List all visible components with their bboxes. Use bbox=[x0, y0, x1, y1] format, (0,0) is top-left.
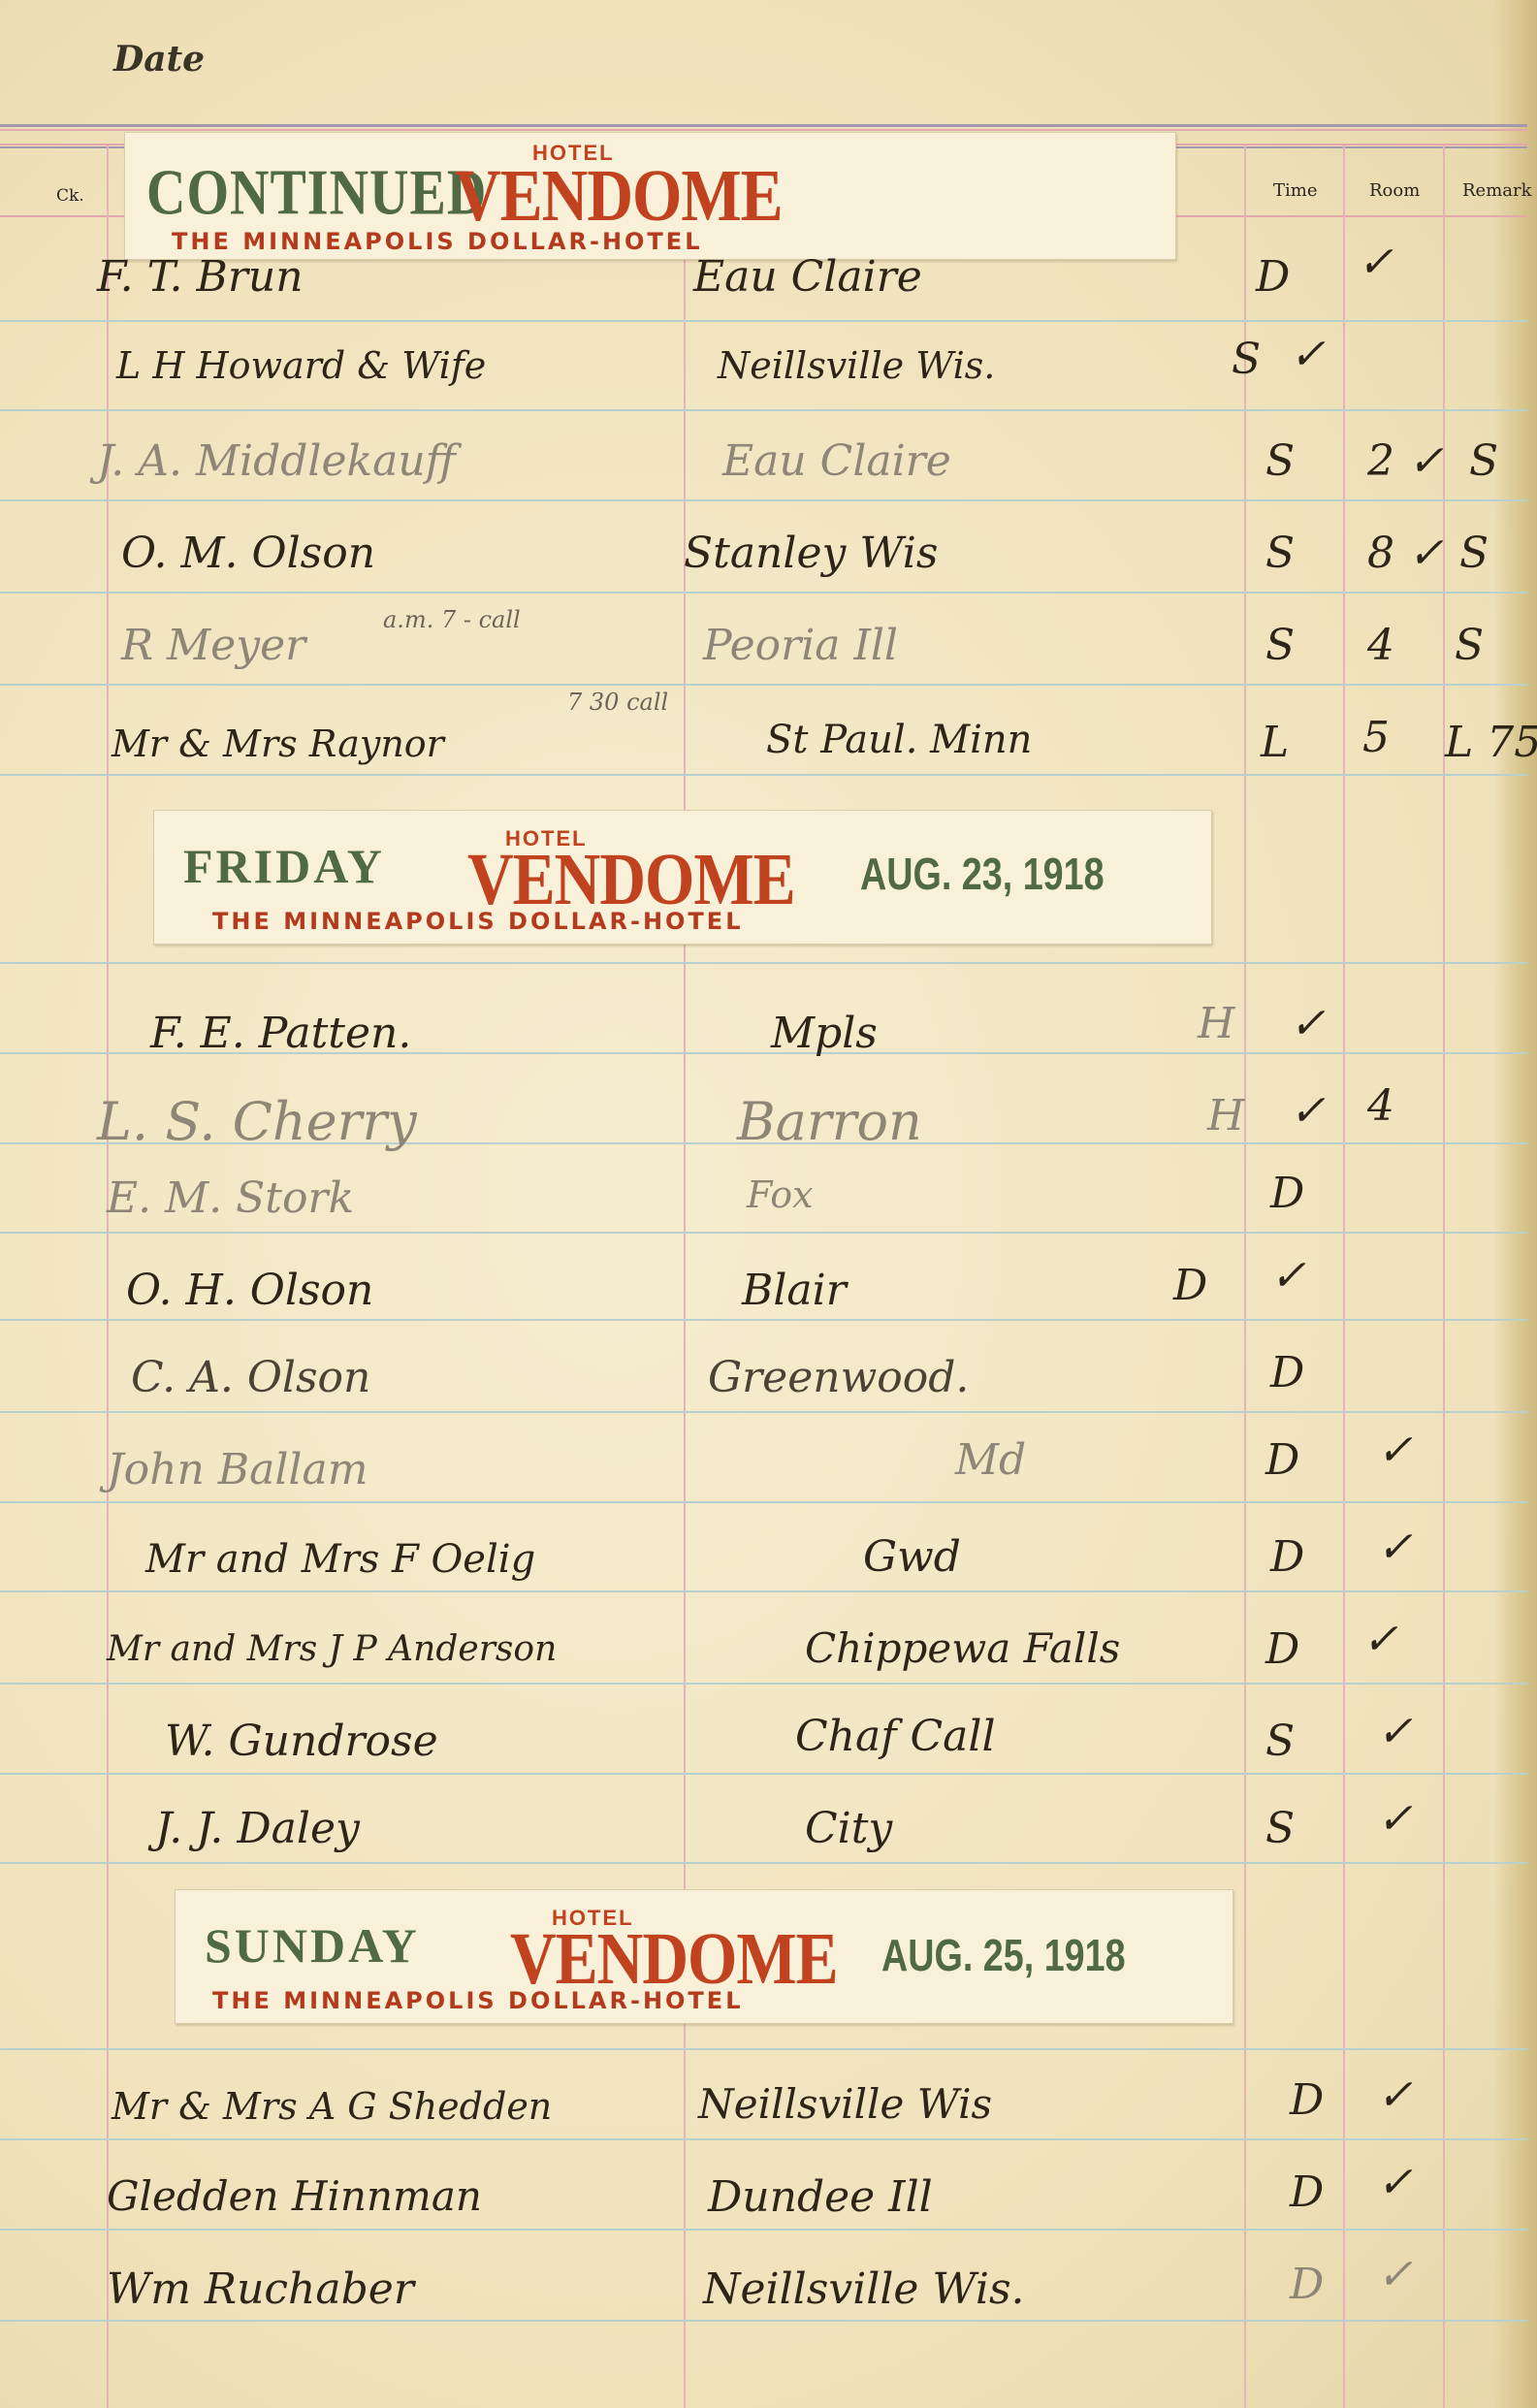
wake-call-note: 7 30 call bbox=[567, 689, 668, 716]
guest-name: E. M. Stork bbox=[107, 1173, 354, 1223]
banner-tagline: THE MINNEAPOLIS DOLLAR-HOTEL bbox=[212, 908, 744, 935]
check-mark-icon: ✓ bbox=[1290, 1086, 1326, 1136]
banner-sunday: SUNDAY HOTEL VENDOME AUG. 25, 1918 THE M… bbox=[175, 1889, 1233, 2024]
banner-day: FRIDAY bbox=[183, 838, 385, 894]
ruled-line bbox=[0, 962, 1527, 964]
guest-time: L bbox=[1261, 718, 1289, 767]
ruled-line bbox=[0, 320, 1527, 322]
check-mark-icon: ✓ bbox=[1377, 2071, 1413, 2120]
column-header-room: Room bbox=[1369, 180, 1420, 201]
guest-time: S bbox=[1232, 335, 1261, 384]
guest-name: Gledden Hinnman bbox=[107, 2172, 482, 2220]
guest-name: F. E. Patten. bbox=[150, 1009, 411, 1058]
guest-time: S bbox=[1265, 1717, 1295, 1766]
ruled-line bbox=[0, 2229, 1527, 2231]
ruled-line bbox=[0, 2048, 1527, 2050]
check-mark-icon: ✓ bbox=[1377, 2158, 1413, 2207]
guest-residence: Barron bbox=[737, 1091, 922, 1152]
guest-name: W. Gundrose bbox=[165, 1717, 438, 1766]
residence-column-line bbox=[684, 145, 686, 2408]
check-mark-icon: ✓ bbox=[1362, 1615, 1398, 1664]
guest-residence: Neillsville Wis. bbox=[703, 2264, 1025, 2314]
header-rule-pink bbox=[0, 129, 1527, 131]
guest-name: Wm Ruchaber bbox=[107, 2264, 414, 2314]
guest-time: D bbox=[1270, 1532, 1304, 1582]
check-mark-icon: ✓ bbox=[1377, 2250, 1413, 2299]
guest-residence: City bbox=[805, 1804, 892, 1853]
time-column-line bbox=[1244, 145, 1246, 2408]
room-column-line bbox=[1343, 145, 1345, 2408]
guest-residence: St Paul. Minn bbox=[766, 718, 1032, 762]
guest-name: J. J. Daley bbox=[155, 1804, 360, 1853]
guest-time: D bbox=[1290, 2167, 1324, 2217]
guest-time: S bbox=[1265, 436, 1295, 486]
guest-remark: S bbox=[1459, 529, 1489, 578]
guest-time: S bbox=[1265, 529, 1295, 578]
guest-room: 8 ✓ bbox=[1367, 529, 1444, 578]
guest-residence: Mpls bbox=[771, 1009, 878, 1058]
ruled-line bbox=[0, 1773, 1527, 1775]
ruled-line bbox=[0, 409, 1527, 411]
guest-name: J. A. Middlekauff bbox=[97, 436, 456, 486]
guest-remark: L 75 bbox=[1445, 718, 1537, 767]
guest-time: D bbox=[1265, 1624, 1299, 1674]
banner-friday: FRIDAY HOTEL VENDOME AUG. 23, 1918 THE M… bbox=[153, 810, 1212, 945]
ruled-line bbox=[0, 1590, 1527, 1592]
guest-time: D bbox=[1256, 252, 1290, 302]
ruled-line bbox=[0, 1501, 1527, 1503]
guest-residence: Fox bbox=[747, 1173, 814, 1216]
guest-residence: Chaf Call bbox=[795, 1712, 996, 1761]
banner-day: CONTINUED bbox=[146, 156, 487, 231]
check-mark-icon: ✓ bbox=[1290, 999, 1326, 1048]
ruled-line bbox=[0, 1862, 1527, 1864]
guest-time: H bbox=[1207, 1091, 1244, 1140]
ruled-line bbox=[0, 499, 1527, 501]
banner-tagline: THE MINNEAPOLIS DOLLAR-HOTEL bbox=[172, 228, 703, 255]
check-mark-icon: ✓ bbox=[1358, 238, 1393, 287]
guest-time: D bbox=[1290, 2260, 1324, 2309]
check-mark-icon: ✓ bbox=[1270, 1251, 1306, 1300]
ruled-line bbox=[0, 592, 1527, 594]
banner-date: AUG. 25, 1918 bbox=[881, 1929, 1126, 1981]
header-rule bbox=[0, 124, 1527, 127]
date-label: Date bbox=[113, 39, 205, 80]
wake-call-note: a.m. 7 - call bbox=[383, 606, 521, 633]
guest-name: Mr and Mrs J P Anderson bbox=[107, 1629, 557, 1669]
guest-time: D bbox=[1270, 1169, 1304, 1218]
guest-time: S bbox=[1265, 1804, 1295, 1853]
guest-remark: S bbox=[1455, 621, 1484, 670]
guest-residence: Neillsville Wis. bbox=[718, 344, 995, 387]
page-edge-shadow bbox=[1493, 0, 1537, 2408]
guest-time: S bbox=[1265, 621, 1295, 670]
ruled-line bbox=[0, 1411, 1527, 1413]
guest-residence: Greenwood. bbox=[708, 1353, 969, 1402]
guest-time: D bbox=[1265, 1435, 1299, 1485]
check-mark-icon: ✓ bbox=[1290, 330, 1326, 379]
guest-name: O. H. Olson bbox=[126, 1266, 373, 1315]
guest-room: 4 bbox=[1367, 621, 1394, 670]
guest-name: C. A. Olson bbox=[131, 1353, 370, 1402]
column-header-remark: Remark bbox=[1462, 180, 1532, 201]
ruled-line bbox=[0, 1683, 1527, 1685]
guest-residence: Neillsville Wis bbox=[698, 2080, 992, 2128]
guest-time: H bbox=[1198, 999, 1234, 1048]
guest-name: Mr & Mrs A G Shedden bbox=[112, 2085, 552, 2128]
guest-name: L H Howard & Wife bbox=[116, 344, 486, 387]
guest-name: Mr & Mrs Raynor bbox=[112, 722, 444, 765]
check-mark-icon: ✓ bbox=[1377, 1523, 1413, 1572]
banner-day: SUNDAY bbox=[205, 1917, 420, 1974]
column-header-time: Time bbox=[1273, 180, 1317, 201]
banner-hotel-name: VENDOME bbox=[455, 154, 783, 239]
guest-residence: Stanley Wis bbox=[684, 529, 938, 578]
guest-name: R Meyer bbox=[121, 621, 305, 670]
guest-name: L. S. Cherry bbox=[97, 1091, 417, 1152]
ruled-line bbox=[0, 1319, 1527, 1321]
guest-remark: 4 bbox=[1367, 1081, 1394, 1131]
guest-residence: Peoria Ill bbox=[703, 621, 898, 670]
guest-residence: Eau Claire bbox=[693, 252, 922, 302]
guest-time: D bbox=[1270, 1348, 1304, 1397]
guest-residence: Gwd bbox=[863, 1532, 961, 1582]
guest-time: D bbox=[1290, 2075, 1324, 2125]
ruled-line bbox=[0, 684, 1527, 686]
guest-remark: S bbox=[1469, 436, 1498, 486]
guest-name: Mr and Mrs F Oelig bbox=[145, 1537, 535, 1582]
banner-tagline: THE MINNEAPOLIS DOLLAR-HOTEL bbox=[212, 1987, 744, 2014]
guest-residence: Dundee Ill bbox=[708, 2172, 933, 2222]
guest-room: 5 bbox=[1362, 713, 1390, 762]
ruled-line bbox=[0, 774, 1527, 776]
guest-residence: Md bbox=[955, 1435, 1026, 1485]
guest-name: John Ballam bbox=[107, 1445, 368, 1494]
banner-date: AUG. 23, 1918 bbox=[860, 848, 1105, 900]
guest-name: O. M. Olson bbox=[121, 529, 375, 578]
column-header-ck: Ck. bbox=[56, 186, 84, 206]
ruled-line bbox=[0, 2138, 1527, 2140]
guest-room: 2 ✓ bbox=[1367, 436, 1444, 486]
guest-residence: Blair bbox=[742, 1266, 847, 1315]
guest-time: D bbox=[1173, 1261, 1207, 1310]
guest-name: F. T. Brun bbox=[97, 252, 304, 302]
ruled-line bbox=[0, 2320, 1527, 2322]
check-mark-icon: ✓ bbox=[1377, 1426, 1413, 1475]
banner-continued: CONTINUED HOTEL VENDOME THE MINNEAPOLIS … bbox=[124, 132, 1176, 260]
guest-residence: Eau Claire bbox=[722, 436, 951, 486]
guest-residence: Chippewa Falls bbox=[805, 1624, 1120, 1672]
check-mark-icon: ✓ bbox=[1377, 1707, 1413, 1756]
check-mark-icon: ✓ bbox=[1377, 1794, 1413, 1844]
ruled-line bbox=[0, 1232, 1527, 1234]
